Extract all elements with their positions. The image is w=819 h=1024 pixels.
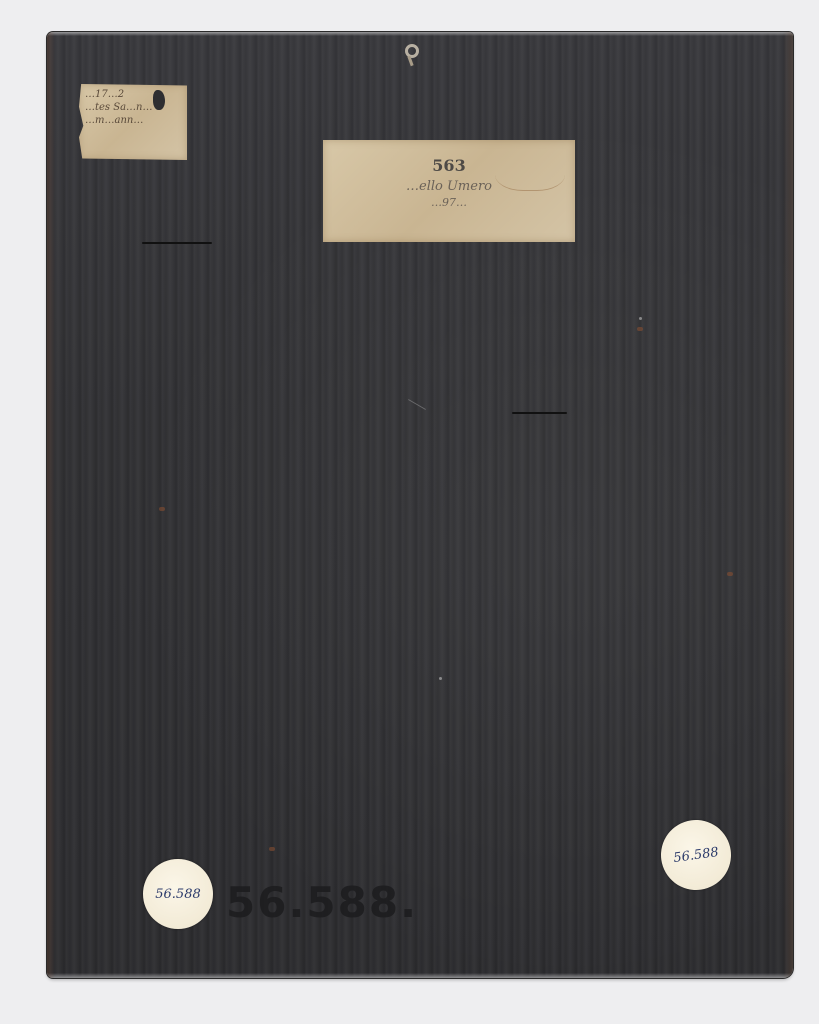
water-stain <box>495 150 565 191</box>
rust-mark <box>269 847 275 851</box>
label-line: …17…2 <box>85 88 181 101</box>
wood-crack <box>512 412 567 414</box>
rust-mark <box>637 327 643 331</box>
paper-label-small: …17…2 …tes Sa…n… …m…ann… <box>79 84 187 160</box>
rust-mark <box>159 507 165 511</box>
stenciled-inventory-number: 56.588. <box>226 878 418 927</box>
panel-right-edge <box>783 32 793 978</box>
inventory-disc-left: 56.588 <box>143 859 213 929</box>
surface-scratch <box>408 399 426 410</box>
paper-label-large: 563 …ello Umero …97… <box>323 140 575 242</box>
panel-bottom-edge <box>47 973 793 978</box>
disc-number: 56.588 <box>672 844 719 865</box>
panel-top-edge <box>47 32 793 36</box>
panel-left-edge <box>47 32 55 978</box>
label-tear <box>153 90 165 110</box>
surface-speck <box>639 317 642 320</box>
wood-crack <box>142 242 212 244</box>
label-inscription-small: …97… <box>323 196 575 209</box>
label-line: …tes Sa…n… <box>85 101 181 114</box>
surface-speck <box>439 677 442 680</box>
label-line: …m…ann… <box>85 114 181 127</box>
disc-number: 56.588 <box>155 887 201 902</box>
rust-mark <box>727 572 733 576</box>
